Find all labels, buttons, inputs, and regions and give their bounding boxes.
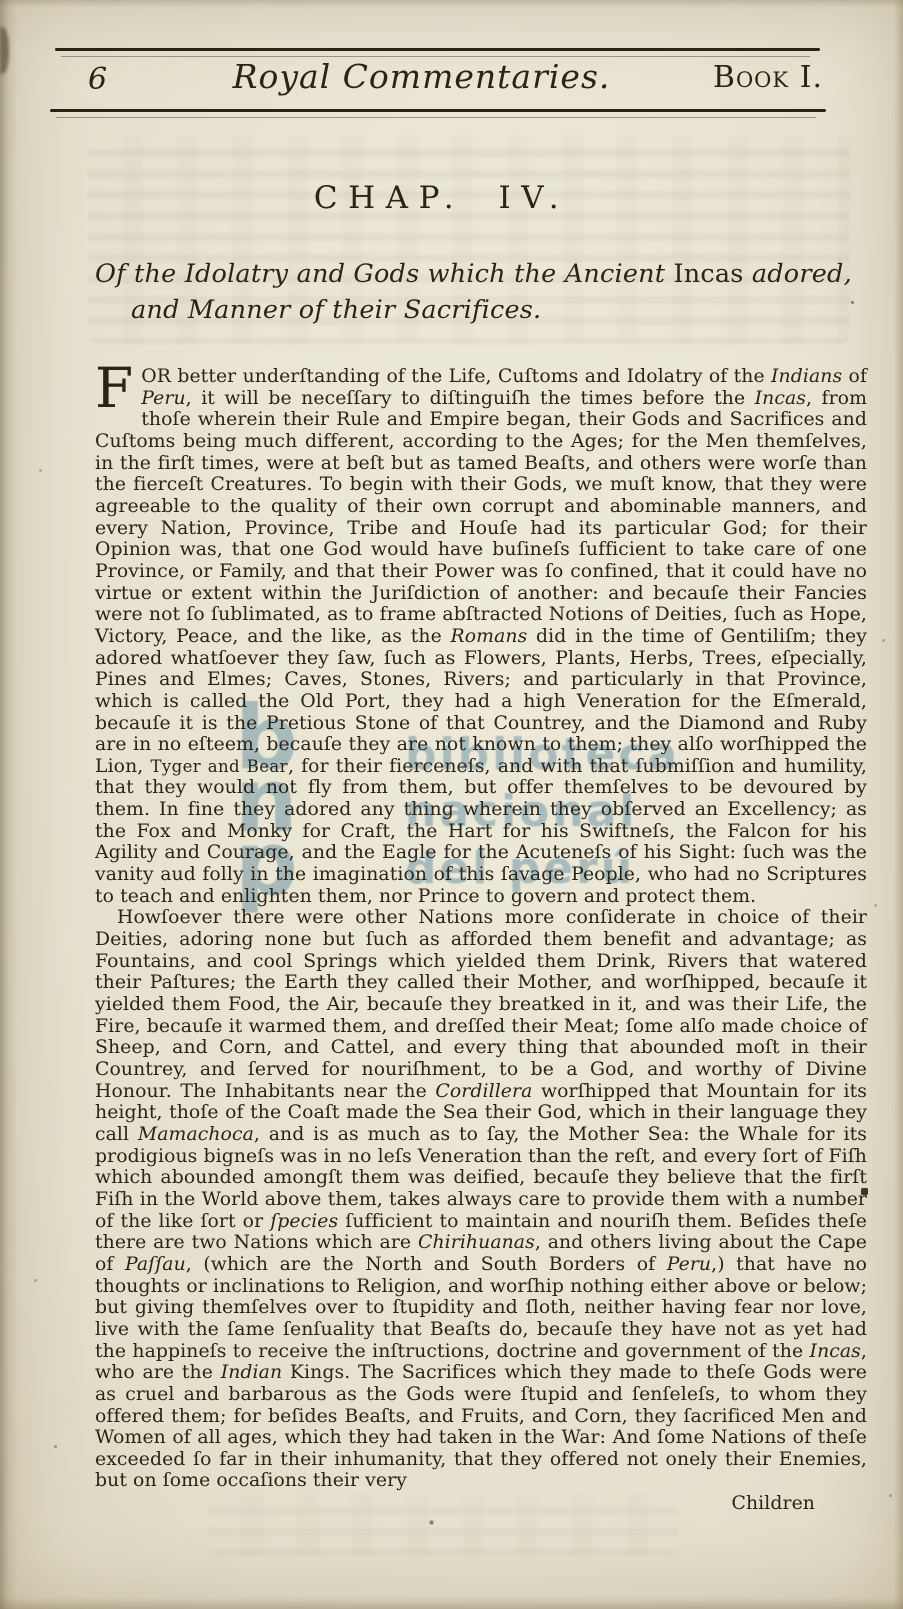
printed-content: 6 Royal Commentaries. Book I. CHAP. IV. … — [0, 0, 903, 1609]
chapter-heading: CHAP. IV. — [0, 180, 883, 216]
header-rule-top — [55, 48, 820, 51]
paragraph-2: Howſoever there were other Nations more … — [95, 907, 867, 1492]
drop-cap: F — [95, 366, 141, 410]
header-rule-bottom — [50, 109, 826, 112]
catchword: Children — [95, 1493, 867, 1515]
book-page-scan: bnp bibliotecanacionaldel perú 6 Royal C… — [0, 0, 903, 1609]
page-edge-bottom-shadow — [0, 1597, 903, 1609]
paragraph-1-text: OR better underſtanding of the Life, Cuſ… — [95, 366, 867, 907]
page-edge-top-shadow — [0, 0, 903, 7]
body-text: FOR better underſtanding of the Life, Cu… — [95, 366, 867, 1515]
page-edge-right-shadow — [894, 0, 903, 1609]
book-label: Book I. — [713, 60, 823, 95]
chapter-title: Of the Idolatry and Gods which the Ancie… — [95, 256, 903, 328]
page-edge-left-shadow — [0, 0, 18, 1609]
paragraph-1: FOR better underſtanding of the Life, Cu… — [95, 366, 867, 907]
